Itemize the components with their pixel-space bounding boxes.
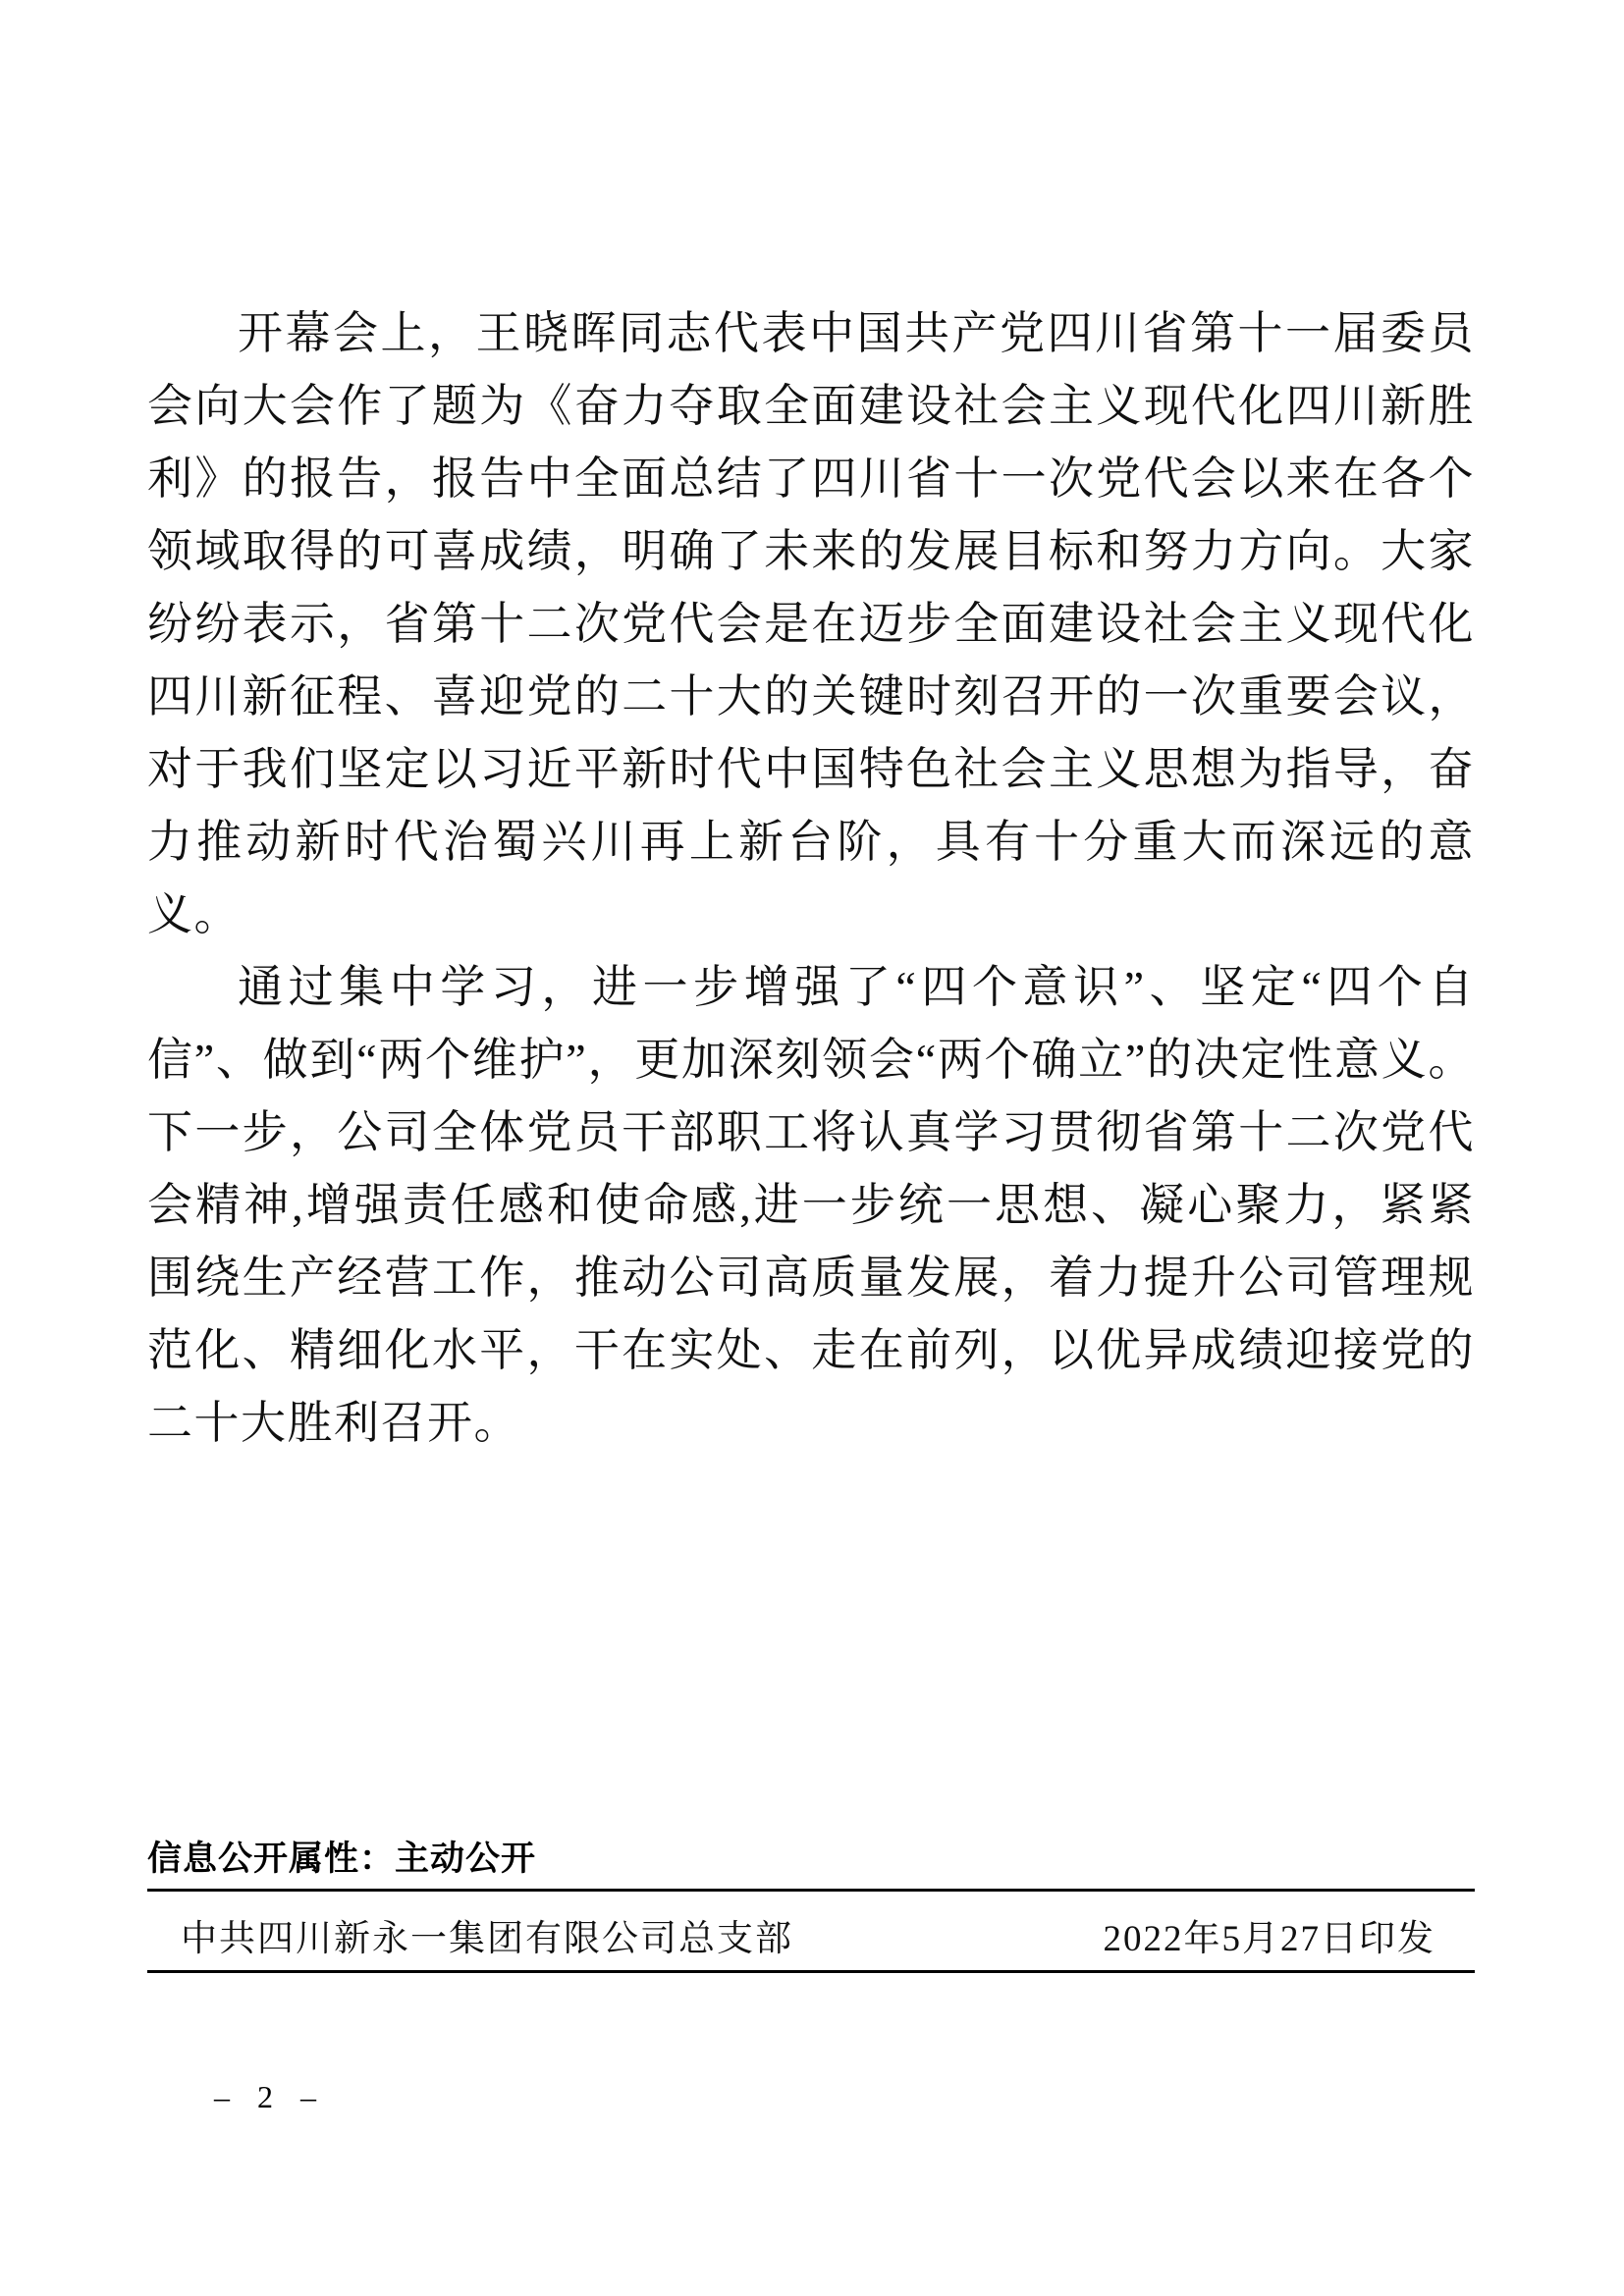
footer-issuer-row: 中共四川新永一集团有限公司总支部 2022年5月27日印发 (147, 1908, 1435, 1961)
document-page: 开幕会上，王晓晖同志代表中国共产党四川省第十一届委员会向大会作了题为《奋力夺取全… (0, 0, 1624, 2296)
issuer-name: 中共四川新永一集团有限公司总支部 (147, 1908, 793, 1961)
disclosure-attribute-label: 信息公开属性：主动公开 (147, 1832, 536, 1881)
page-number: – 2 – (214, 2079, 326, 2115)
footer-divider-top (147, 1889, 1475, 1892)
footer-divider-bottom (147, 1970, 1475, 1973)
paragraph-opening-report: 开幕会上，王晓晖同志代表中国共产党四川省第十一届委员会向大会作了题为《奋力夺取全… (147, 297, 1475, 951)
print-date: 2022年5月27日印发 (1104, 1908, 1436, 1961)
document-body: 开幕会上，王晓晖同志代表中国共产党四川省第十一届委员会向大会作了题为《奋力夺取全… (147, 297, 1475, 1460)
paragraph-study-conclusion: 通过集中学习，进一步增强了“四个意识”、坚定“四个自信”、做到“两个维护”，更加… (147, 951, 1475, 1460)
